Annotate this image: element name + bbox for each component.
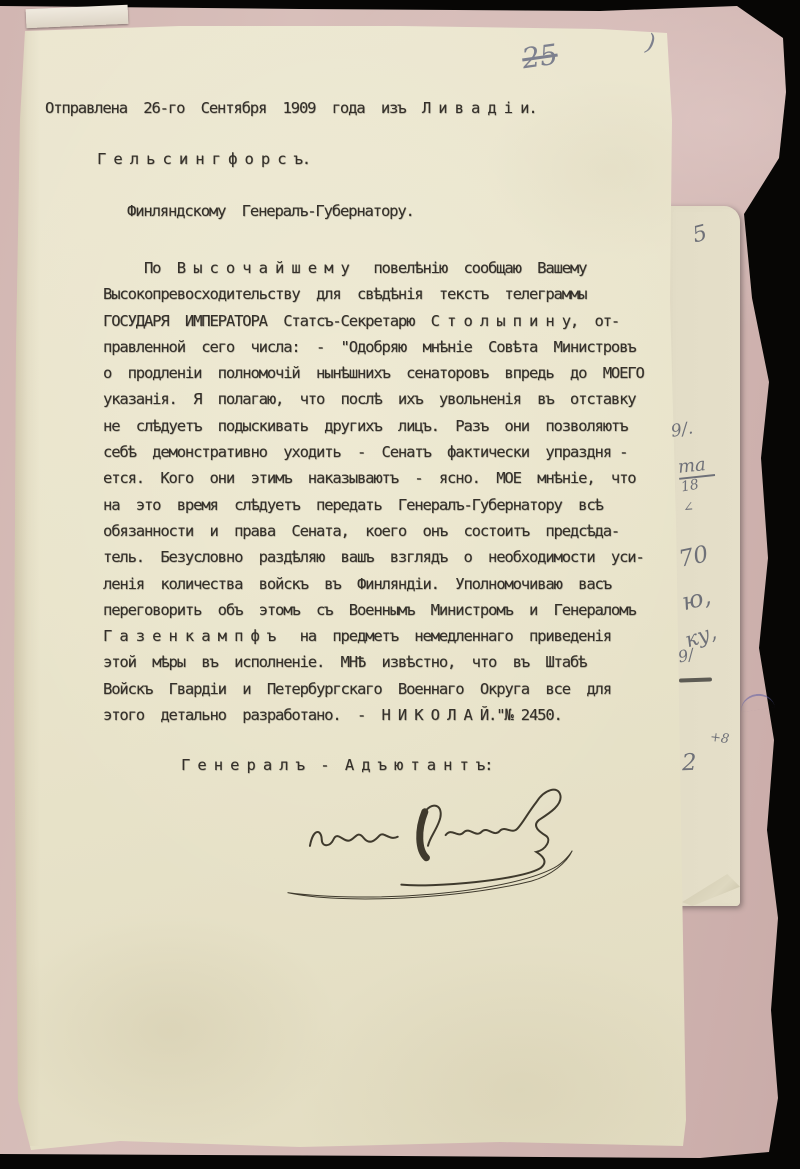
pencil-margin-note: +8 — [709, 730, 730, 748]
telegram-line: переговорить объ этомъ съ Военнымъ Минис… — [103, 597, 644, 623]
pencil-margin-note: 9/. — [669, 418, 694, 442]
closing-title: Г е н е р а л ъ - А д ъ ю т а н т ъ: — [181, 756, 492, 774]
addressee-line: Финляндскому Генералъ-Губернатору. — [127, 202, 414, 220]
signature-underline-flourish — [286, 851, 573, 902]
telegram-line: По В ы с о ч а й ш е м у повелѣнію сообщ… — [103, 255, 644, 281]
telegram-line: Г а з е н к а м п ф ъ на предметъ немедл… — [103, 623, 644, 649]
telegram-line: ленія количества войскъ въ Финляндіи. Уп… — [103, 571, 644, 597]
pencil-margin-note: ∠ — [682, 500, 694, 516]
telegram-line: на это время слѣдуетъ передать Генералъ-… — [103, 492, 644, 518]
pencil-margin-note: 18 — [680, 477, 700, 496]
telegram-line: себѣ демонстративно уходить - Сенатъ фак… — [103, 439, 644, 465]
telegram-line: не слѣдуетъ подыскивать другихъ лицъ. Ра… — [103, 413, 644, 439]
pencil-margin-note: 9/ — [676, 645, 695, 667]
sent-line: Отправлена 26-го Сентября 1909 года изъ … — [45, 99, 537, 117]
pencil-margin-note: 2 — [682, 750, 698, 776]
telegram-line: Войскъ Гвардіи и Петербургскаго Военнаго… — [103, 676, 644, 702]
telegram-line: этой мѣры въ исполненіе. МНѢ извѣстно, ч… — [103, 649, 644, 675]
telegram-line: указанія. Я полагаю, что послѣ ихъ уволь… — [103, 386, 644, 412]
pencil-page-number: 25 — [520, 38, 560, 76]
telegram-line: правленной сего числа: - "Одобряю мнѣніе… — [103, 334, 644, 360]
city-line: Г е л ь с и н г ф о р с ъ. — [97, 150, 310, 168]
telegram-line: тель. Безусловно раздѣляю вашъ взглядъ о… — [103, 544, 644, 570]
telegram-line: этого детально разработано. - Н И К О Л … — [103, 702, 644, 728]
telegram-line: ется. Кого они этимъ наказываютъ - ясно.… — [103, 465, 644, 491]
signature-script — [248, 772, 593, 919]
telegram-line: обязанности и права Сената, коего онъ со… — [103, 518, 644, 544]
telegram-body: По В ы с о ч а й ш е м у повелѣнію сообщ… — [103, 255, 644, 728]
telegram-line: о продленіи полномочій нынѣшнихъ сенатор… — [103, 360, 644, 386]
telegram-line: Высокопревосходительству для свѣдѣнія те… — [103, 281, 644, 307]
signature-first-word — [309, 829, 397, 846]
signature-thick-stroke — [419, 812, 427, 858]
telegram-line: ГОСУДАРЯ ИМПЕРАТОРА Статсъ-Секретарю С т… — [103, 308, 644, 334]
